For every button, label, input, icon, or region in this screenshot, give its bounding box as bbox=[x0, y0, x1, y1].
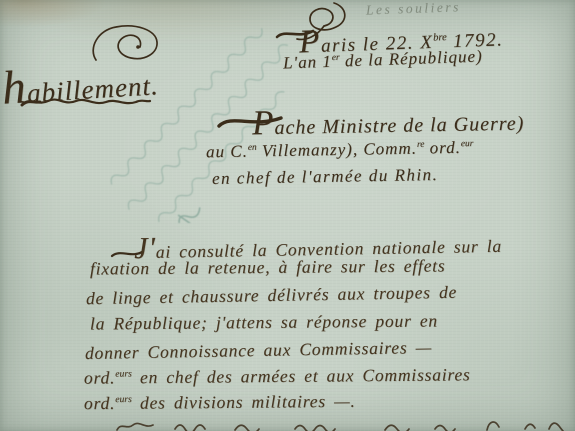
body-line-7-rest: des divisions militaires —. bbox=[132, 391, 356, 413]
body-line-7-text: ord. bbox=[84, 393, 115, 413]
body-line-6: ord.eurs en chef des armées et aux Commi… bbox=[84, 364, 471, 388]
body-line-6-text: ord. bbox=[84, 367, 115, 387]
address-line-2-sup3: eur bbox=[461, 139, 474, 149]
an-line-rest: de la République) bbox=[339, 47, 483, 71]
body-line-6-rest: en chef des armées et aux Commissaires bbox=[132, 364, 471, 387]
address-line-2-text: au C. bbox=[206, 142, 248, 162]
address-line-2: au C.en Villemanzy), Comm.re ord.eur bbox=[206, 138, 474, 163]
body-line-4: la République; j'attens sa réponse pour … bbox=[90, 310, 438, 334]
dateline-superscript: bre bbox=[433, 32, 447, 43]
address-line-2-mid2: ord. bbox=[424, 138, 461, 158]
address-line-3: en chef de l'armée du Rhin. bbox=[212, 165, 439, 189]
body-line-2: fixation de la retenue, à faire sur les … bbox=[90, 255, 446, 279]
manuscript-photo: habillement. Les souliers Paris le 22. X… bbox=[0, 0, 575, 431]
address-line-2-mid: Villemanzy), Comm. bbox=[257, 139, 418, 161]
cutoff-bottom-line bbox=[105, 417, 565, 431]
body-line-5: donner Connoissance aux Commissaires — bbox=[85, 337, 432, 364]
body-line-7: ord.eurs des divisions militaires —. bbox=[84, 391, 356, 414]
an-line-text: L'an 1 bbox=[283, 52, 332, 73]
address-line-1: Pache Ministre de la Guerre) bbox=[252, 99, 525, 144]
address-line-2-sup1: en bbox=[248, 143, 257, 153]
body-line-6-sup: eurs bbox=[115, 368, 132, 379]
pencil-note: Les souliers bbox=[366, 0, 461, 19]
wavy-underline bbox=[20, 93, 152, 111]
body-line-3: de linge et chaussure délivrés aux troup… bbox=[86, 282, 457, 309]
body-line-7-sup: eurs bbox=[115, 394, 132, 405]
